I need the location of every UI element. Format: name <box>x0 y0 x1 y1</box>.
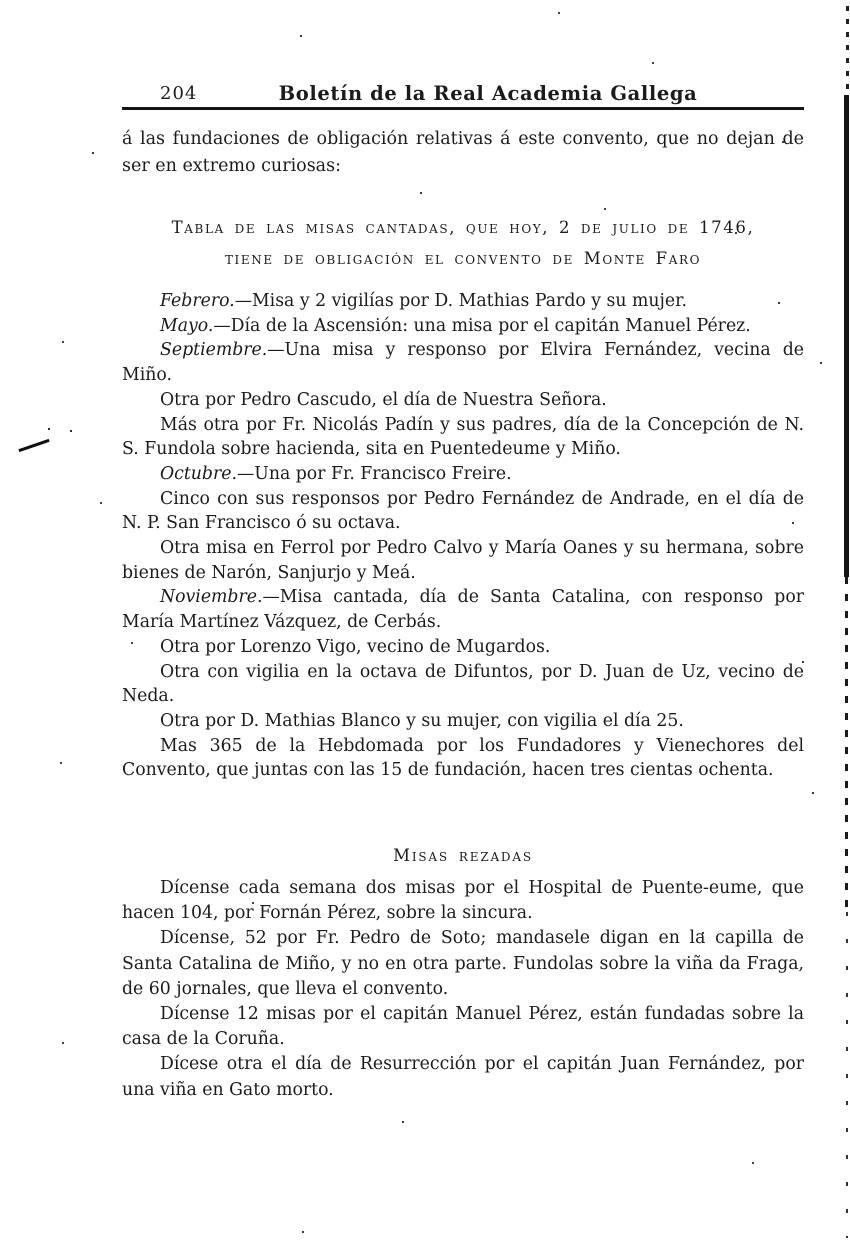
paragraph: Dícense cada semana dos misas por el Hos… <box>122 876 804 926</box>
paragraph: Cinco con sus responsos por Pedro Fernán… <box>122 487 804 536</box>
journal-title: Boletín de la Real Academia Gallega <box>232 82 744 105</box>
scan-mark-slash <box>18 439 49 452</box>
scan-artifact-right-edge-top <box>846 6 849 95</box>
paragraph: Otra con vigilia en la octava de Difunto… <box>122 660 804 709</box>
month-lead: Septiembre. <box>160 340 267 360</box>
scan-artifact-right-edge-mid <box>845 577 848 912</box>
section2-heading-text: Misas rezadas <box>122 840 804 871</box>
month-lead: Octubre. <box>160 464 237 484</box>
section1-heading-line1: Tabla de las misas cantadas, que hoy, 2 … <box>122 212 804 243</box>
paragraph: Más otra por Fr. Nicolás Padín y sus pad… <box>122 413 804 462</box>
scan-artifact-right-edge <box>844 95 849 577</box>
month-lead: Febrero. <box>160 291 235 311</box>
paragraph: Dícense, 52 por Fr. Pedro de Soto; manda… <box>122 926 804 1002</box>
paragraph: Mayo.—Día de la Ascensión: una misa por … <box>122 314 804 339</box>
scanned-document-page: 204 Boletín de la Real Academia Gallega … <box>0 0 850 1241</box>
running-header: 204 Boletín de la Real Academia Gallega <box>122 82 804 110</box>
paragraph: Otra por Lorenzo Vigo, vecino de Mugardo… <box>122 635 804 660</box>
section2-body: Dícense cada semana dos misas por el Hos… <box>122 876 804 1103</box>
paragraph: Otra por D. Mathias Blanco y su mujer, c… <box>122 709 804 734</box>
page-number: 204 <box>160 83 197 104</box>
month-lead: Noviembre. <box>160 587 262 607</box>
paragraph: Dícese otra el día de Resurrección por e… <box>122 1052 804 1102</box>
paragraph: Noviembre.—Misa cantada, día de Santa Ca… <box>122 585 804 634</box>
month-lead: Mayo. <box>160 316 213 336</box>
intro-paragraph: á las fundaciones de obligación relativa… <box>122 126 804 180</box>
section1-body: Febrero.—Misa y 2 vigilías por D. Mathia… <box>122 289 804 783</box>
paragraph: Septiembre.—Una misa y responso por Elvi… <box>122 338 804 387</box>
scan-specks <box>0 0 2 2</box>
section2-heading: Misas rezadas <box>122 840 804 871</box>
paragraph: Dícense 12 misas por el capitán Manuel P… <box>122 1002 804 1052</box>
paragraph: Otra misa en Ferrol por Pedro Calvo y Ma… <box>122 536 804 585</box>
section1-heading: Tabla de las misas cantadas, que hoy, 2 … <box>122 212 804 274</box>
paragraph: á las fundaciones de obligación relativa… <box>122 126 804 180</box>
paragraph: Otra por Pedro Cascudo, el día de Nuestr… <box>122 388 804 413</box>
scan-artifact-right-edge-bottom <box>846 912 848 1238</box>
section1-heading-line2: tiene de obligación el convento de Monte… <box>122 243 804 274</box>
paragraph: Mas 365 de la Hebdomada por los Fundador… <box>122 734 804 783</box>
paragraph: Febrero.—Misa y 2 vigilías por D. Mathia… <box>122 289 804 314</box>
paragraph: Octubre.—Una por Fr. Francisco Freire. <box>122 462 804 487</box>
